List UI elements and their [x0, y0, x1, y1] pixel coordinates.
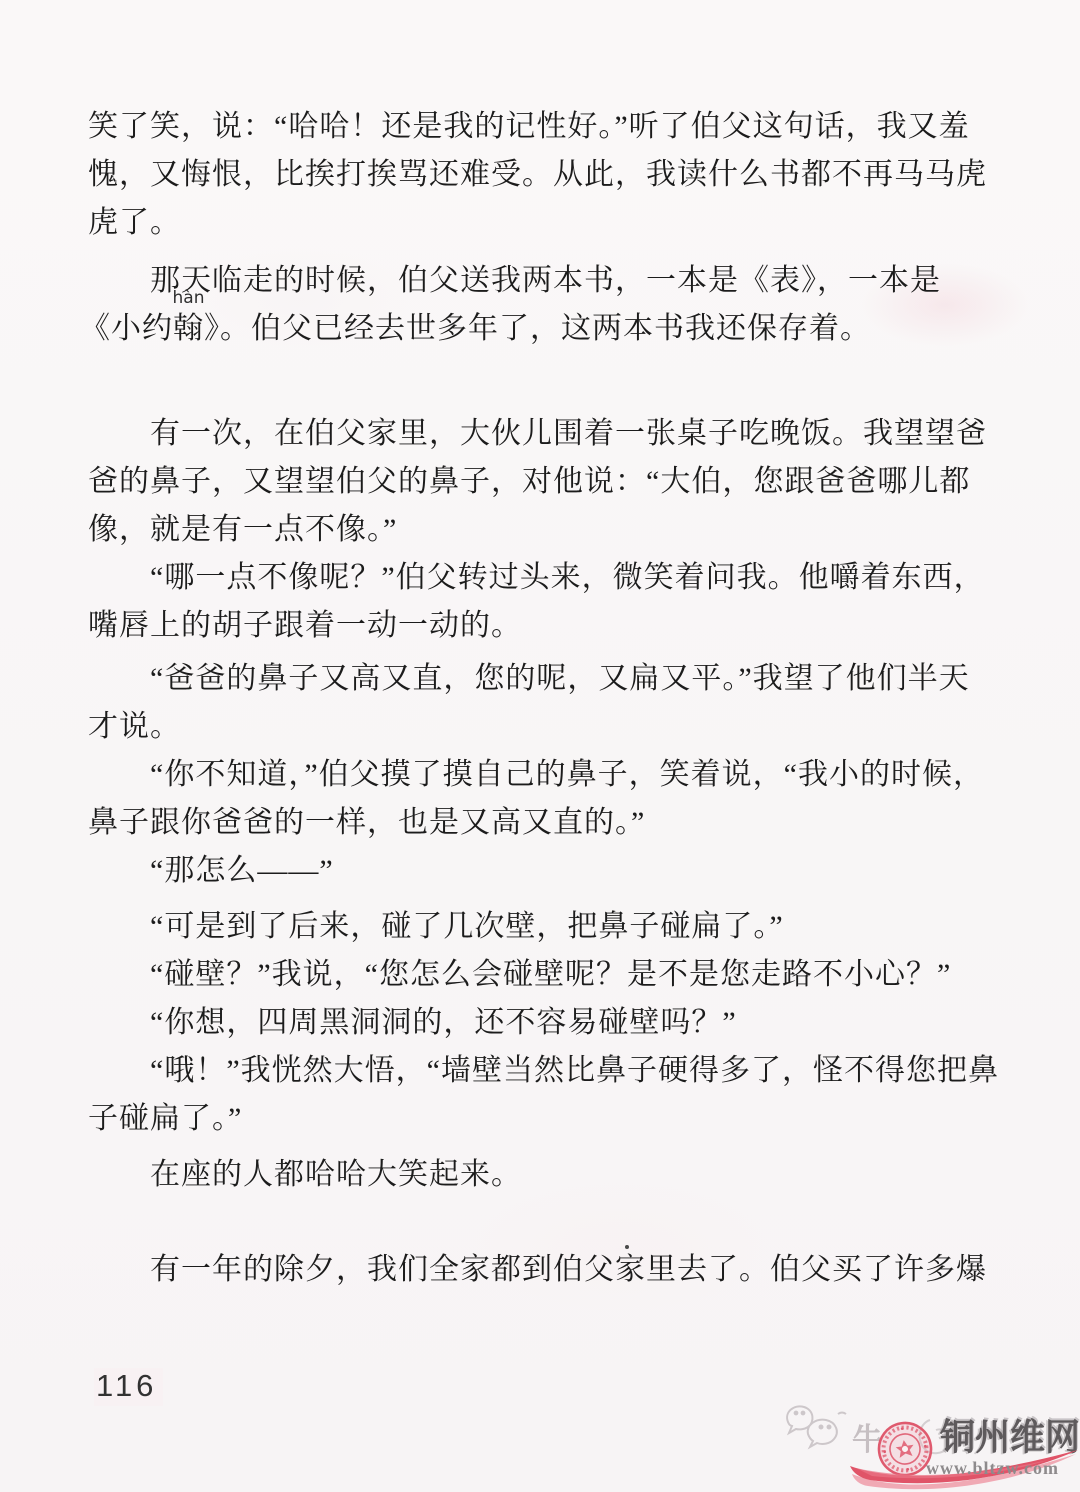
text-line: “哦！”我恍然大悟，“墙壁当然比鼻子硬得多了，怪不得您把鼻	[88, 1047, 1004, 1095]
text-segment: 《小约	[80, 312, 173, 345]
text-line: 才说。	[88, 703, 1004, 751]
text-line: 子碰扁了。”	[88, 1095, 1004, 1143]
scan-speck	[625, 1245, 629, 1249]
text-line: “碰壁？”我说，“您怎么会碰壁呢？是不是您走路不小心？”	[88, 951, 1004, 999]
text-line: “哪一点不像呢？”伯父转过头来，微笑着问我。他嚼着东西，	[88, 554, 1004, 602]
text-line: 愧，又悔恨，比挨打挨骂还难受。从此，我读什么书都不再马马虎	[88, 151, 1004, 199]
text-line: 鼻子跟你爸爸的一样，也是又高又直的。”	[88, 799, 1004, 847]
body-text: 笑了笑，说：“哈哈！还是我的记性好。”听了伯父这句话，我又羞 愧，又悔恨，比挨打…	[88, 103, 1004, 1294]
text-line: 嘴唇上的胡子跟着一动一动的。	[88, 602, 1004, 650]
watermark: 牛 铜州维网 ww	[760, 1392, 1080, 1492]
text-line: “可是到了后来，碰了几次壁，把鼻子碰扁了。”	[88, 903, 1004, 951]
text-line-with-pinyin: 《小约hàn翰》。伯父已经去世多年了，这两本书我还保存着。	[80, 305, 1004, 353]
watermark-url: www.bltzw.com	[926, 1458, 1059, 1479]
text-line: 在座的人都哈哈大笑起来。	[88, 1151, 1004, 1199]
text-line: “你不知道，”伯父摸了摸自己的鼻子，笑着说，“我小的时候，	[88, 751, 1004, 799]
text-line: 有一年的除夕，我们全家都到伯父家里去了。伯父买了许多爆	[88, 1246, 1004, 1294]
pinyin-annotation: hàn	[173, 290, 205, 307]
text-segment: 》。伯父已经去世多年了，这两本书我还保存着。	[204, 312, 871, 345]
text-line: 那天临走的时候，伯父送我两本书，一本是《表》，一本是	[88, 257, 1004, 305]
text-line: 爸的鼻子，又望望伯父的鼻子，对他说：“大伯，您跟爸爸哪儿都	[88, 458, 1004, 506]
text-line: “你想，四周黑洞洞的，还不容易碰壁吗？”	[88, 999, 1004, 1047]
annotated-character: hàn翰	[173, 305, 204, 353]
textbook-page: 笑了笑，说：“哈哈！还是我的记性好。”听了伯父这句话，我又羞 愧，又悔恨，比挨打…	[0, 0, 1080, 1492]
text-line: 像，就是有一点不像。”	[88, 506, 1004, 554]
text-line: 有一次，在伯父家里，大伙儿围着一张桌子吃晚饭。我望望爸	[88, 410, 1004, 458]
text-line: “那怎么——”	[88, 847, 1004, 895]
base-character: 翰	[173, 312, 204, 345]
text-line: “爸爸的鼻子又高又直，您的呢，又扁又平。”我望了他们半天	[88, 655, 1004, 703]
text-line: 笑了笑，说：“哈哈！还是我的记性好。”听了伯父这句话，我又羞	[88, 103, 1004, 151]
page-number: 116	[94, 1368, 163, 1406]
text-line: 虎了。	[88, 199, 1004, 247]
chat-bubbles-doodle-icon	[778, 1400, 856, 1460]
